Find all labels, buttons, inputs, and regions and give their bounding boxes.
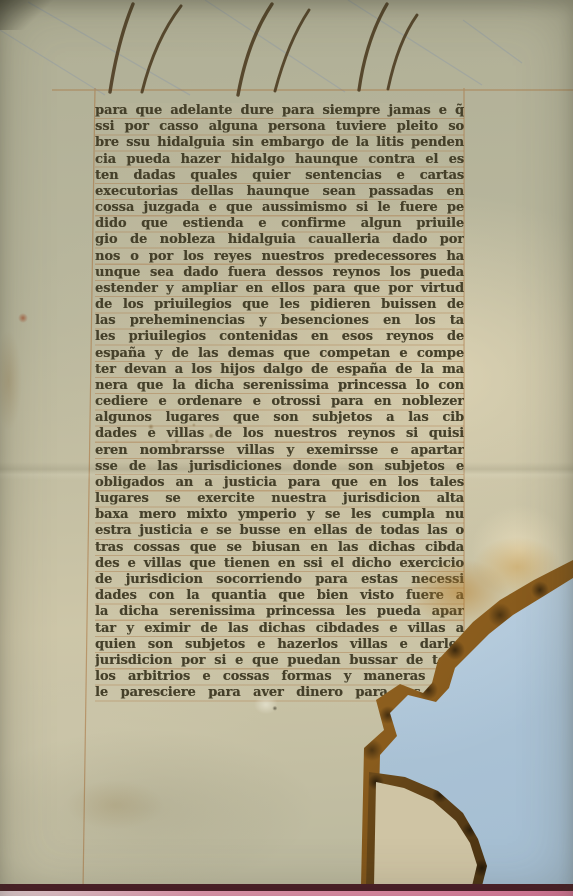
text-line: cia pueda hazer hidalgo haunque contra e… bbox=[95, 152, 464, 168]
text-line: estra justicia e se busse en ellas de to… bbox=[95, 523, 464, 539]
text-line: eren nombrarsse villas y exemirsse e apa… bbox=[95, 443, 464, 459]
text-line: tar y eximir de las dichas cibdades e vi… bbox=[95, 621, 464, 637]
bottom-stain bbox=[50, 772, 180, 838]
text-line: executorias dellas haunque sean passadas… bbox=[95, 184, 464, 200]
text-line: los arbitrios e cossas formas y maneras … bbox=[95, 669, 464, 685]
text-line: ter devan a los hijos dalgo de españa de… bbox=[95, 362, 464, 378]
text-line: estender y ampliar en ellos para que por… bbox=[95, 281, 464, 297]
text-line: les priuilegios contenidas en esos reyno… bbox=[95, 329, 464, 345]
text-line: unque sea dado fuera dessos reynos los p… bbox=[95, 265, 464, 281]
text-line: la dicha serenissima princessa les pueda… bbox=[95, 604, 464, 620]
text-line: lugares se exercite nuestra jurisdicion … bbox=[95, 491, 464, 507]
text-line: de los priuilegios que les pidieren buis… bbox=[95, 297, 464, 313]
photo-edge-pink-strip bbox=[0, 891, 573, 896]
text-line: tras cossas que se biusan en las dichas … bbox=[95, 540, 464, 556]
text-line: cediere e ordenare e otrossi para en nob… bbox=[95, 394, 464, 410]
manuscript-photo: para que adelante dure para siempre jama… bbox=[0, 0, 573, 896]
pale-zone-near-tear bbox=[455, 495, 573, 605]
text-line: nos o por los reyes nuestros predecessor… bbox=[95, 249, 464, 265]
text-line: dades con la quantia que bien visto fuer… bbox=[95, 588, 464, 604]
text-line: bre ssu hidalguia sin embargo de la liti… bbox=[95, 135, 464, 151]
text-line: españa y de las demas que competan e com… bbox=[95, 346, 464, 362]
text-line: dades e villas de los nuestros reynos si… bbox=[95, 426, 464, 442]
text-line: algunos lugares que son subjetos a las c… bbox=[95, 410, 464, 426]
manuscript-text-block: para que adelante dure para siempre jama… bbox=[95, 103, 464, 702]
text-line: sse de las jurisdiciones donde son subje… bbox=[95, 459, 464, 475]
text-line: le paresciere para aver dinero para las … bbox=[95, 685, 464, 701]
text-line: ten dadas quales quier sentencias e cart… bbox=[95, 168, 464, 184]
text-line: cossa juzgada e que aussimismo si le fue… bbox=[95, 200, 464, 216]
text-line: jurisdicion por si e que puedan bussar d… bbox=[95, 653, 464, 669]
text-line: para que adelante dure para siempre jama… bbox=[95, 103, 464, 119]
red-stain-dot bbox=[18, 313, 28, 323]
text-line: des e villas que tienen en ssi el dicho … bbox=[95, 556, 464, 572]
text-line: dido que estienda e confirme algun priui… bbox=[95, 216, 464, 232]
dark-corner-top-left bbox=[0, 0, 60, 30]
text-line: quien son subjetos e hazerlos villas e d… bbox=[95, 637, 464, 653]
left-edge-stain bbox=[0, 318, 28, 443]
scratch-lines bbox=[0, 0, 522, 95]
photo-edge-maroon-line bbox=[0, 884, 573, 891]
text-line: obligados an a justicia para que en los … bbox=[95, 475, 464, 491]
text-line: gio de nobleza hidalguia caualleria dado… bbox=[95, 232, 464, 248]
pen-flourish-strokes bbox=[110, 4, 417, 95]
text-line: las preheminencias y besenciones en los … bbox=[95, 313, 464, 329]
bottom-left-shading bbox=[0, 720, 380, 896]
text-line: ssi por casso alguna persona tuviere ple… bbox=[95, 119, 464, 135]
text-line: de jurisdicion socorriendo para estas ne… bbox=[95, 572, 464, 588]
text-line: nera que la dicha serenissima princessa … bbox=[95, 378, 464, 394]
text-line: baxa mero mixto ymperio y se les cumpla … bbox=[95, 507, 464, 523]
